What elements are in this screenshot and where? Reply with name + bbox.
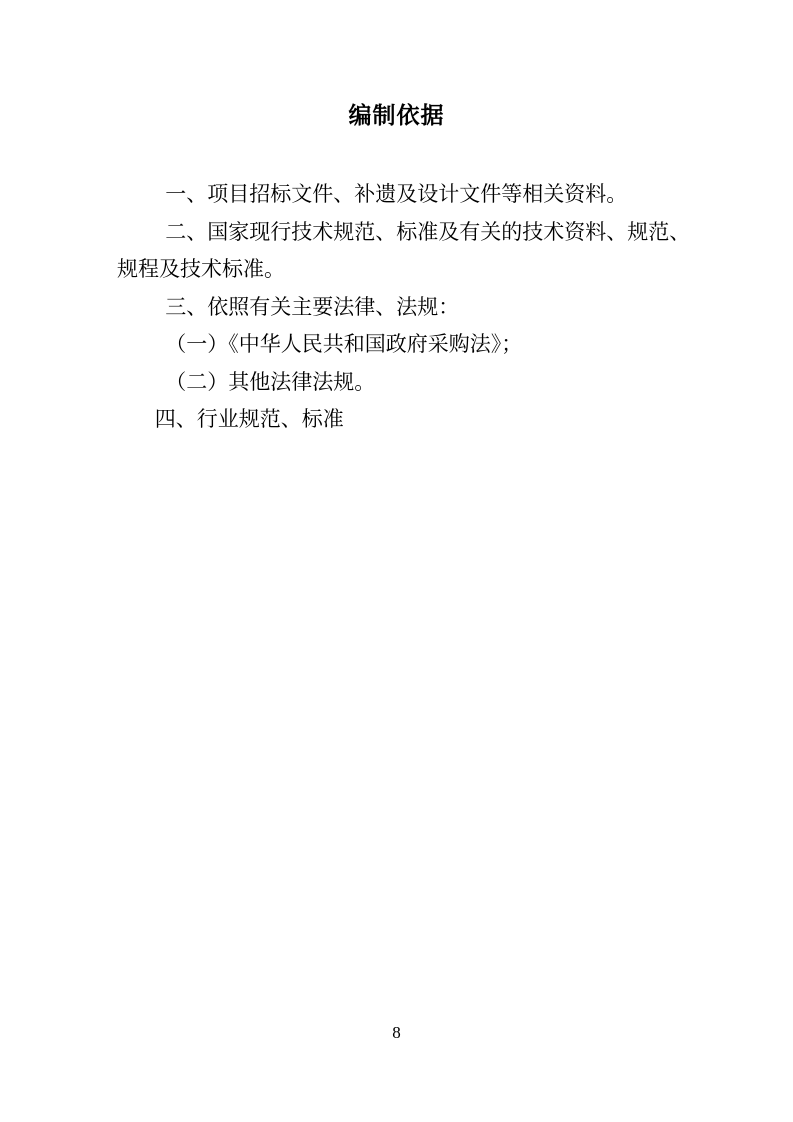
page-title: 编制依据 — [0, 0, 793, 130]
paragraph-line-6: （二）其他法律法规。 — [117, 364, 676, 402]
paragraph-line-7: 四、行业规范、标准 — [117, 401, 676, 439]
document-body: 一、项目招标文件、补遗及设计文件等相关资料。 二、国家现行技术规范、标准及有关的… — [117, 176, 676, 439]
paragraph-line-5: （一）《中华人民共和国政府采购法》； — [117, 326, 676, 364]
paragraph-line-1: 一、项目招标文件、补遗及设计文件等相关资料。 — [117, 176, 676, 214]
paragraph-line-2: 二、国家现行技术规范、标准及有关的技术资料、规范、 — [117, 214, 676, 252]
paragraph-line-3: 规程及技术标准。 — [117, 251, 676, 289]
page-number: 8 — [0, 1022, 793, 1044]
paragraph-line-4: 三、依照有关主要法律、法规： — [117, 289, 676, 327]
document-page: 编制依据 一、项目招标文件、补遗及设计文件等相关资料。 二、国家现行技术规范、标… — [0, 0, 793, 1122]
